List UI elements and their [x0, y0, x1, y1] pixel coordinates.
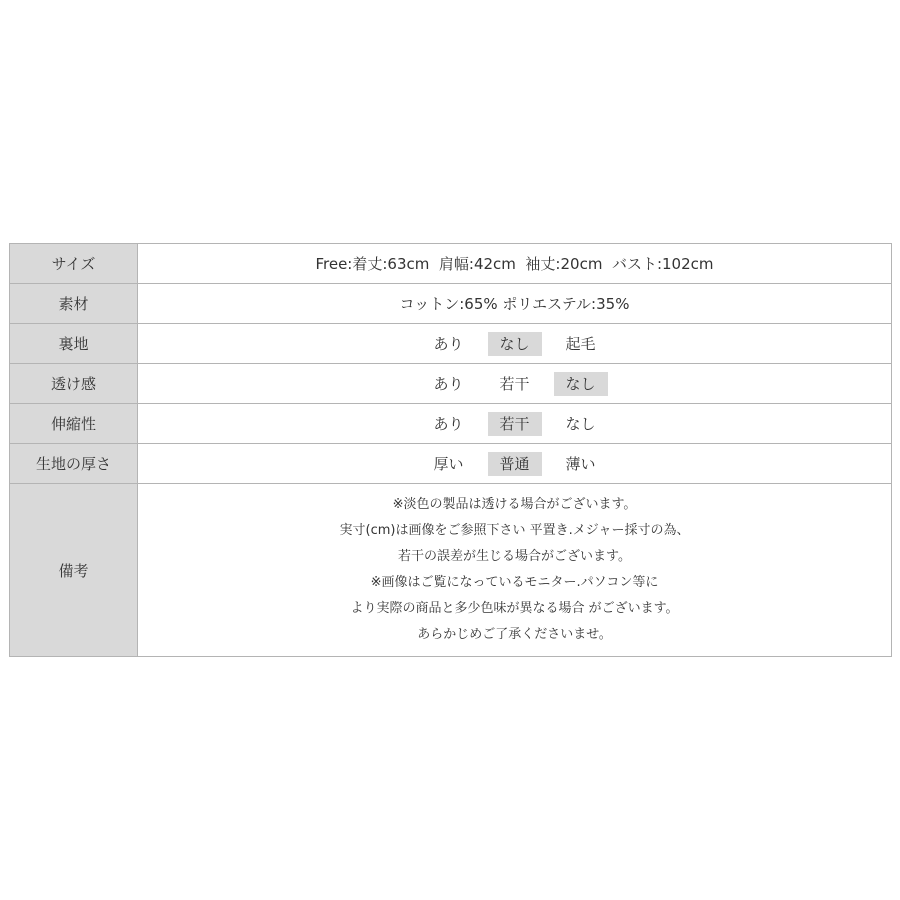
- thickness-option-normal-selected: 普通: [488, 452, 542, 476]
- note-line: ※画像はご覧になっているモニター.パソコン等に: [138, 570, 891, 596]
- stretch-option-yes: あり: [422, 412, 476, 436]
- sheerness-option-slight: 若干: [488, 372, 542, 396]
- note-line: あらかじめご了承くださいませ。: [138, 622, 891, 648]
- stretch-options: あり 若干 なし: [416, 412, 614, 436]
- spec-label-lining: 裏地: [10, 324, 138, 364]
- spec-value-lining: あり なし 起毛: [138, 324, 892, 364]
- note-line: ※淡色の製品は透ける場合がございます。: [138, 492, 891, 518]
- spec-value-sheerness: あり 若干 なし: [138, 364, 892, 404]
- spec-row-size: サイズ Free:着丈:63cm 肩幅:42cm 袖丈:20cm バスト:102…: [10, 244, 892, 284]
- sheerness-options: あり 若干 なし: [416, 372, 614, 396]
- note-line: 実寸(cm)は画像をご参照下さい 平置き.メジャー採寸の為、: [138, 518, 891, 544]
- thickness-option-thin: 薄い: [554, 452, 608, 476]
- spec-label-sheerness: 透け感: [10, 364, 138, 404]
- spec-value-size: Free:着丈:63cm 肩幅:42cm 袖丈:20cm バスト:102cm: [138, 244, 892, 284]
- spec-label-notes: 備考: [10, 484, 138, 657]
- spec-row-stretch: 伸縮性 あり 若干 なし: [10, 404, 892, 444]
- thickness-option-thick: 厚い: [422, 452, 476, 476]
- lining-option-brushed: 起毛: [554, 332, 608, 356]
- spec-row-lining: 裏地 あり なし 起毛: [10, 324, 892, 364]
- stretch-option-slight-selected: 若干: [488, 412, 542, 436]
- spec-row-material: 素材 コットン:65% ポリエステル:35%: [10, 284, 892, 324]
- spec-value-material: コットン:65% ポリエステル:35%: [138, 284, 892, 324]
- product-spec-table: サイズ Free:着丈:63cm 肩幅:42cm 袖丈:20cm バスト:102…: [9, 243, 892, 657]
- lining-options: あり なし 起毛: [416, 332, 614, 356]
- lining-option-no-selected: なし: [488, 332, 542, 356]
- spec-row-notes: 備考 ※淡色の製品は透ける場合がございます。 実寸(cm)は画像をご参照下さい …: [10, 484, 892, 657]
- spec-row-sheerness: 透け感 あり 若干 なし: [10, 364, 892, 404]
- lining-option-yes: あり: [422, 332, 476, 356]
- sheerness-option-yes: あり: [422, 372, 476, 396]
- stretch-option-no: なし: [554, 412, 608, 436]
- note-line: 若干の誤差が生じる場合がございます。: [138, 544, 891, 570]
- spec-label-size: サイズ: [10, 244, 138, 284]
- spec-value-notes: ※淡色の製品は透ける場合がございます。 実寸(cm)は画像をご参照下さい 平置き…: [138, 484, 892, 657]
- notes-block: ※淡色の製品は透ける場合がございます。 実寸(cm)は画像をご参照下さい 平置き…: [138, 492, 891, 648]
- note-line: より実際の商品と多少色味が異なる場合 がございます。: [138, 596, 891, 622]
- spec-label-material: 素材: [10, 284, 138, 324]
- spec-label-stretch: 伸縮性: [10, 404, 138, 444]
- sheerness-option-no-selected: なし: [554, 372, 608, 396]
- thickness-options: 厚い 普通 薄い: [416, 452, 614, 476]
- spec-value-thickness: 厚い 普通 薄い: [138, 444, 892, 484]
- spec-label-thickness: 生地の厚さ: [10, 444, 138, 484]
- spec-value-stretch: あり 若干 なし: [138, 404, 892, 444]
- spec-row-thickness: 生地の厚さ 厚い 普通 薄い: [10, 444, 892, 484]
